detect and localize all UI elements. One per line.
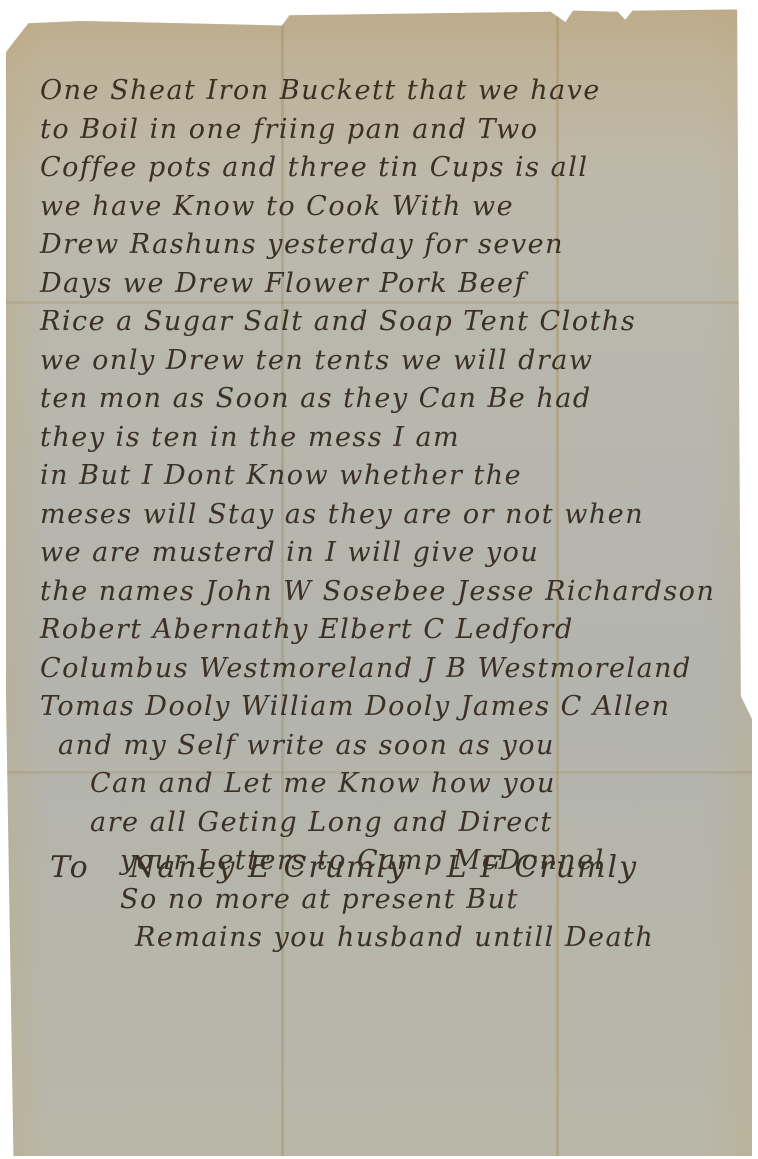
letter-line: Rice a Sugar Salt and Soap Tent Cloths (40, 303, 750, 342)
letter-line: So no more at present But (40, 881, 750, 920)
letter-line: are all Geting Long and Direct (40, 804, 750, 843)
letter-line: the names John W Sosebee Jesse Richardso… (40, 573, 750, 612)
letter-line: Drew Rashuns yesterday for seven (40, 226, 750, 265)
letter-line: Coffee pots and three tin Cups is all (40, 149, 750, 188)
letter-line: Columbus Westmoreland J B Westmoreland (40, 650, 750, 689)
letter-line: Days we Drew Flower Pork Beef (40, 265, 750, 304)
letter-line: we only Drew ten tents we will draw (40, 342, 750, 381)
letter-line: they is ten in the mess I am (40, 419, 750, 458)
letter-line: One Sheat Iron Buckett that we have (40, 72, 750, 111)
sender-name: L F Crumly (447, 850, 638, 885)
letter-line: ten mon as Soon as they Can Be had (40, 380, 750, 419)
letter-body: One Sheat Iron Buckett that we have to B… (40, 72, 750, 958)
signature-line: To Nancy E Crumly L F Crumly (50, 850, 750, 885)
recipient-name: Nancy E Crumly (129, 850, 407, 885)
letter-line: we are musterd in I will give you (40, 534, 750, 573)
letter-line: and my Self write as soon as you (40, 727, 750, 766)
letter-line: Can and Let me Know how you (40, 765, 750, 804)
letter-line: Remains you husband untill Death (40, 919, 750, 958)
letter-line: meses will Stay as they are or not when (40, 496, 750, 535)
letter-line: Tomas Dooly William Dooly James C Allen (40, 688, 750, 727)
to-label: To (50, 850, 90, 885)
letter-line: to Boil in one friing pan and Two (40, 111, 750, 150)
letter-line: in But I Dont Know whether the (40, 457, 750, 496)
letter-line: Robert Abernathy Elbert C Ledford (40, 611, 750, 650)
letter-line: we have Know to Cook With we (40, 188, 750, 227)
